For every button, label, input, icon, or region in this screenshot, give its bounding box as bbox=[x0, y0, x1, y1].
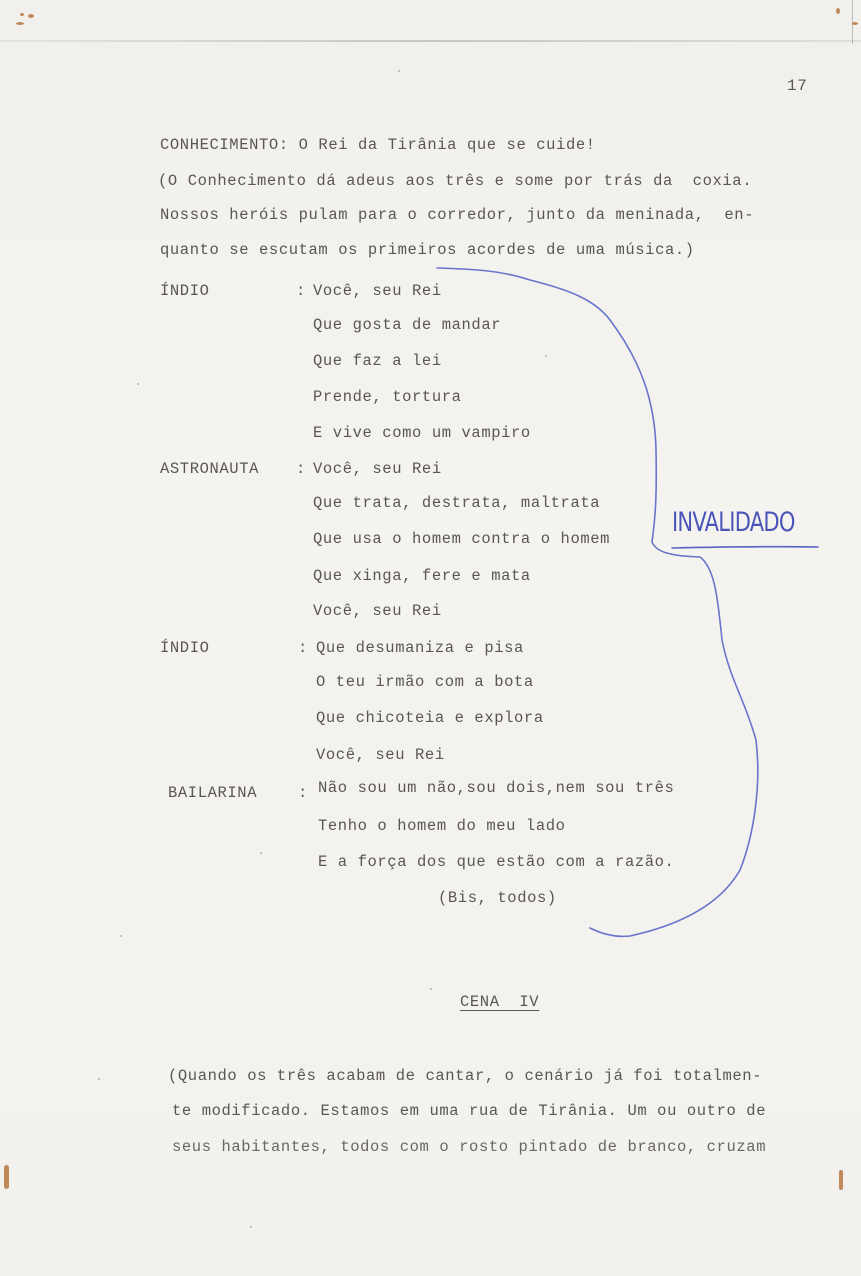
handwritten-annotation: INVALIDADO bbox=[672, 507, 795, 538]
handwritten-bracket-icon bbox=[0, 0, 861, 1276]
scanned-page: 17 CONHECIMENTO: O Rei da Tirânia que se… bbox=[0, 0, 861, 1276]
